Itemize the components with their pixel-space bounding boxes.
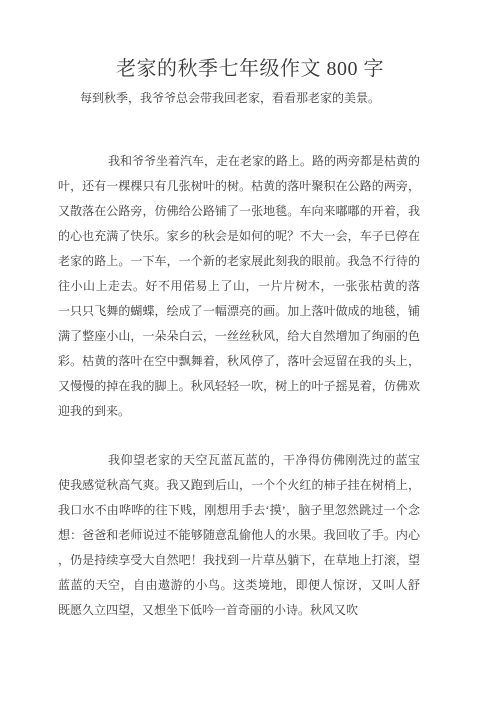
text-line: ，仍是持续享受大自然吧！我找到一片草丛躺下，在草地上打滚，望着	[58, 548, 420, 573]
document-title: 老家的秋季七年级作文 800 字	[0, 54, 500, 84]
text-line: 想：爸爸和老师说过不能够随意乱偷他人的水果。我回收了手。内心想	[58, 523, 420, 548]
text-line: 的心也充满了快乐。家乡的秋会是如何的呢？不大一会，车子已停在	[58, 224, 420, 249]
text-line: 迎我的到来。	[58, 399, 420, 424]
text-line: 既愿久立四望，又想坐下低吟一首奇丽的小诗。秋风又吹	[58, 598, 420, 623]
text-line: 又散落在公路旁，仿佛给公路铺了一张地毯。车向来嘟嘟的开着，我	[58, 199, 420, 224]
paragraph-sky: 我仰望老家的天空瓦蓝瓦蓝的，干净得仿佛刚洗过的蓝宝石，使我感觉秋高气爽。我又跑到…	[58, 448, 420, 623]
document-page: 老家的秋季七年级作文 800 字 每到秋季，我爷爷总会带我回老家，看看那老家的美…	[0, 0, 500, 708]
text-line: 老家的路上。一下车，一个新的老家展此刻我的眼前。我急不行待的	[58, 249, 420, 274]
text-line: 一只只飞舞的蝴蝶，绘成了一幅漂亮的画。加上落叶做成的地毯，铺	[58, 299, 420, 324]
text-line: 我仰望老家的天空瓦蓝瓦蓝的，干净得仿佛刚洗过的蓝宝石，	[58, 448, 420, 473]
text-line: 蓝蓝的天空，自由遨游的小鸟。这类境地，即便人惊讶，又叫人舒畅，	[58, 573, 420, 598]
text-line: 彩。枯黄的落叶在空中飘舞着，秋风停了，落叶会逗留在我的头上，	[58, 349, 420, 374]
paragraph-intro: 每到秋季，我爷爷总会带我回老家，看看那老家的美景。	[58, 86, 420, 111]
text-line: 我口水不由哗哗的往下贱，刚想用手去‘摸’，脑子里忽然跳过一个念	[58, 498, 420, 523]
document-body: 每到秋季，我爷爷总会带我回老家，看看那老家的美景。 我和爷爷坐着汽车，走在老家的…	[58, 86, 420, 623]
paragraph-journey: 我和爷爷坐着汽车，走在老家的路上。路的两旁都是枯黄的落叶，还有一棵棵只有几张树叶…	[58, 149, 420, 424]
text-line: 满了整座小山，一朵朵白云，一丝丝秋风，给大自然增加了绚丽的色	[58, 324, 420, 349]
text-line: 使我感觉秋高气爽。我又跑到后山，一个个火红的柿子挂在树梢上，令	[58, 473, 420, 498]
text-line: 每到秋季，我爷爷总会带我回老家，看看那老家的美景。	[58, 86, 420, 111]
text-line: 叶，还有一棵棵只有几张树叶的树。枯黄的落叶聚积在公路的两旁，	[58, 174, 420, 199]
text-line: 往小山上走去。好不用偌易上了山，一片片树木，一张张枯黄的落叶，	[58, 274, 420, 299]
text-line: 我和爷爷坐着汽车，走在老家的路上。路的两旁都是枯黄的落	[58, 149, 420, 174]
text-line: 又慢慢的掉在我的脚上。秋风轻轻一吹，树上的叶子摇晃着，仿佛欢	[58, 374, 420, 399]
